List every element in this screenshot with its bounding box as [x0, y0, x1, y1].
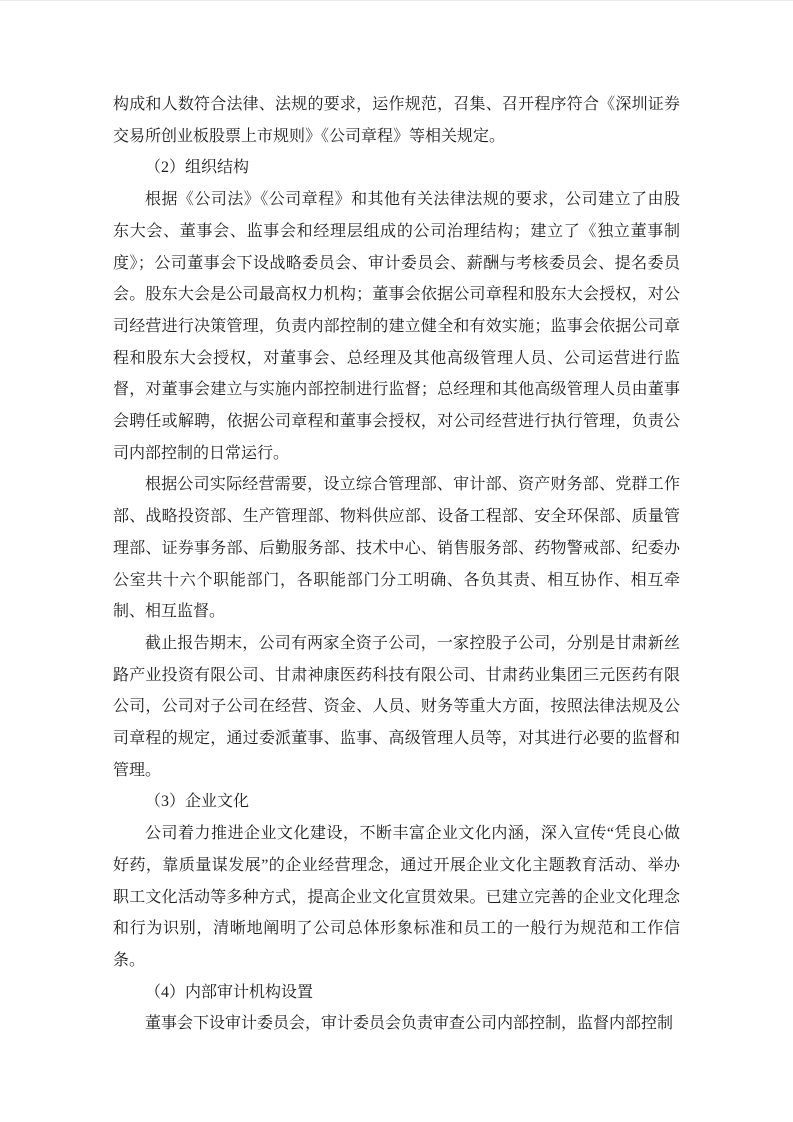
paragraph-departments: 根据公司实际经营需要，设立综合管理部、审计部、资产财务部、党群工作部、战略投资部… — [113, 469, 680, 628]
paragraph-corporate-culture: 公司着力推进企业文化建设，不断丰富企业文化内涵，深入宣传“凭良心做好药，靠质量谋… — [113, 818, 680, 977]
section-heading-corporate-culture: （3）企业文化 — [113, 786, 680, 818]
section-heading-organization-structure: （2）组织结构 — [113, 152, 680, 184]
paragraph-continuation: 构成和人数符合法律、法规的要求，运作规范，召集、召开程序符合《深圳证券交易所创业… — [113, 89, 680, 152]
document-body: 构成和人数符合法律、法规的要求，运作规范，召集、召开程序符合《深圳证券交易所创业… — [113, 89, 680, 1040]
document-page: 构成和人数符合法律、法规的要求，运作规范，召集、召开程序符合《深圳证券交易所创业… — [0, 0, 793, 1122]
paragraph-subsidiaries: 截止报告期末，公司有两家全资子公司，一家控股子公司，分别是甘肃新丝路产业投资有限… — [113, 628, 680, 787]
paragraph-governance-structure: 根据《公司法》《公司章程》和其他有关法律法规的要求，公司建立了由股东大会、董事会… — [113, 184, 680, 469]
section-heading-internal-audit: （4）内部审计机构设置 — [113, 977, 680, 1009]
paragraph-internal-audit: 董事会下设审计委员会，审计委员会负责审查公司内部控制，监督内部控制 — [113, 1008, 680, 1040]
